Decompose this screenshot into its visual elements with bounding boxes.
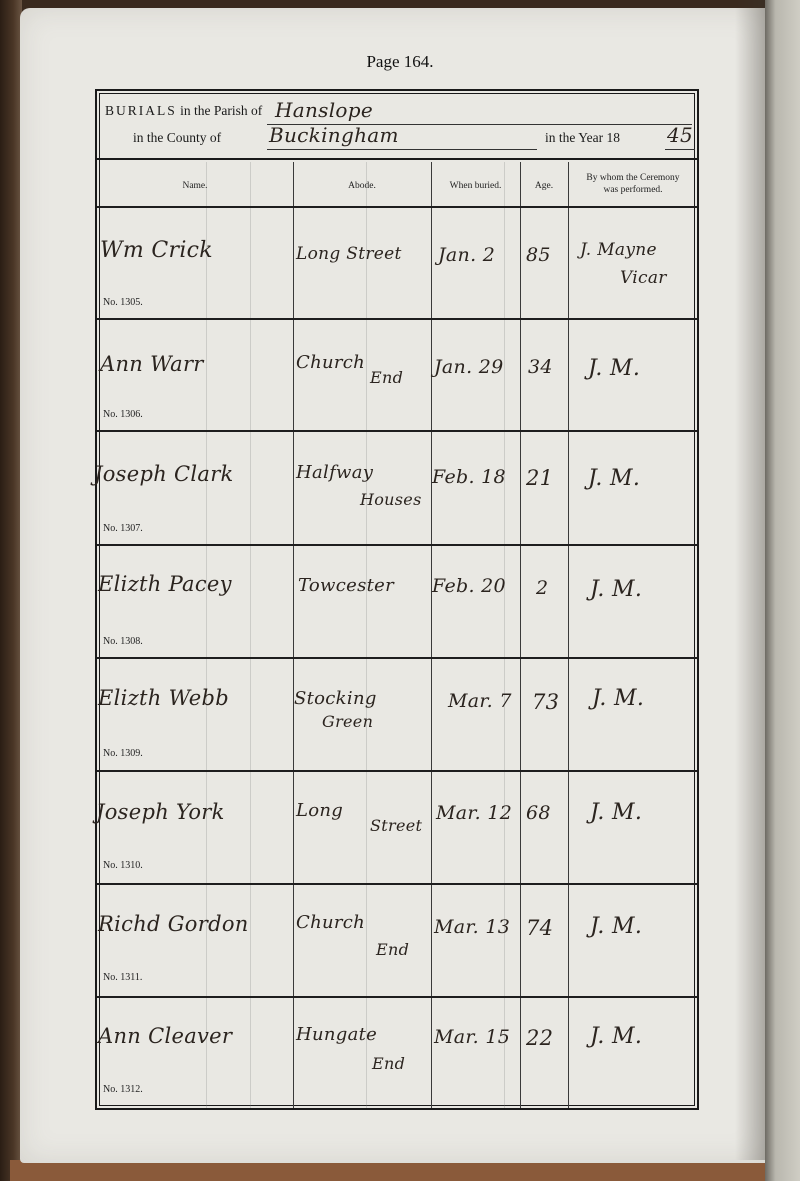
entry-abode: Church <box>296 912 365 933</box>
county-fill-line <box>267 149 537 150</box>
row-divider <box>97 206 697 208</box>
entry-age: 21 <box>526 466 553 490</box>
entry-name: Elizth Pacey <box>98 572 232 596</box>
entry-officiant: J. M. <box>588 356 640 381</box>
entry-abode-line2: Houses <box>360 490 422 509</box>
year-value: 45 <box>667 123 693 147</box>
book-binding <box>0 0 22 1181</box>
ceremony-header-line1: By whom the Ceremony <box>568 172 698 184</box>
county-line: in the County of <box>133 130 221 146</box>
entry-abode: Long <box>296 800 343 821</box>
entry-age: 73 <box>532 690 559 714</box>
column-header-age: Age. <box>520 180 568 192</box>
entry-abode: Church <box>296 352 365 373</box>
entry-number: No. 1307. <box>103 523 143 534</box>
entry-number: No. 1306. <box>103 409 143 420</box>
entry-abode: Halfway <box>296 462 373 483</box>
year-line: in the Year 18 <box>545 130 620 146</box>
entry-officiant: J. M. <box>590 800 642 825</box>
entry-officiant: J. M. <box>590 1024 642 1049</box>
column-divider <box>520 162 521 1108</box>
column-header-ceremony: By whom the Ceremony was performed. <box>568 172 698 196</box>
column-divider <box>568 162 569 1108</box>
entry-abode: Stocking <box>294 688 377 709</box>
column-header-name: Name. <box>97 180 293 192</box>
entry-abode-line2: End <box>376 940 409 959</box>
entry-number: No. 1311. <box>103 972 142 983</box>
county-value: Buckingham <box>269 123 399 147</box>
column-header-when-buried: When buried. <box>431 180 520 192</box>
faint-ruling <box>366 162 367 1108</box>
entry-number: No. 1305. <box>103 297 143 308</box>
entry-name: Richd Gordon <box>98 912 249 936</box>
entry-abode-line2: Street <box>370 816 422 835</box>
column-divider <box>431 162 432 1108</box>
entry-name: Elizth Webb <box>98 686 229 710</box>
row-divider <box>97 883 697 885</box>
faint-ruling <box>206 162 207 1108</box>
entry-when-buried: Jan. 29 <box>434 356 504 378</box>
entry-officiant: J. M. <box>590 577 642 602</box>
entry-officiant: J. M. <box>590 914 642 939</box>
entry-name: Ann Cleaver <box>98 1024 232 1048</box>
entry-abode: Long Street <box>296 244 402 264</box>
entry-age: 74 <box>526 916 553 940</box>
entry-name: Ann Warr <box>100 352 204 376</box>
row-divider <box>97 544 697 546</box>
entry-when-buried: Mar. 7 <box>448 690 512 712</box>
faint-ruling <box>504 162 505 1108</box>
entry-name: Joseph York <box>96 800 225 824</box>
row-divider <box>97 770 697 772</box>
facing-page-edge <box>765 0 800 1181</box>
entry-when-buried: Mar. 13 <box>434 916 510 938</box>
entry-name: Wm Crick <box>100 238 213 263</box>
year-fill-line <box>665 149 695 150</box>
entry-when-buried: Mar. 15 <box>434 1026 510 1048</box>
parish-value: Hanslope <box>275 98 373 122</box>
entry-number: No. 1312. <box>103 1084 143 1095</box>
entry-officiant-title: Vicar <box>620 268 667 288</box>
entry-age: 22 <box>526 1026 553 1050</box>
entry-when-buried: Feb. 18 <box>432 466 506 488</box>
entry-age: 68 <box>526 802 551 824</box>
entry-age: 34 <box>528 356 553 378</box>
column-divider <box>293 162 294 1108</box>
row-divider <box>97 996 697 998</box>
entry-name: Joseph Clark <box>94 462 234 486</box>
entry-officiant: J. Mayne <box>580 240 657 260</box>
faint-ruling <box>250 162 251 1108</box>
county-label: in the County of <box>133 130 221 145</box>
entry-when-buried: Mar. 12 <box>436 802 512 824</box>
row-divider <box>97 430 697 432</box>
entry-when-buried: Feb. 20 <box>432 575 506 597</box>
column-header-abode: Abode. <box>293 180 431 192</box>
entry-age: 2 <box>536 577 548 599</box>
row-divider <box>97 657 697 659</box>
page-edge <box>10 1160 770 1181</box>
register-heading: BURIALS in the Parish of Hanslope in the… <box>97 92 697 160</box>
entry-abode: Hungate <box>296 1024 377 1045</box>
entry-number: No. 1308. <box>103 636 143 647</box>
entry-officiant: J. M. <box>592 686 644 711</box>
ceremony-header-line2: was performed. <box>568 184 698 196</box>
entry-when-buried: Jan. 2 <box>438 244 495 266</box>
entry-number: No. 1310. <box>103 860 143 871</box>
entry-abode: Towcester <box>298 575 394 596</box>
gutter-shadow <box>735 0 767 1160</box>
page-title: Page 164. <box>0 52 800 72</box>
entry-abode-line2: End <box>370 368 403 387</box>
entry-abode-line2: End <box>372 1054 405 1073</box>
parish-label: in the Parish of <box>180 103 262 118</box>
heading-burials: BURIALS <box>105 103 177 118</box>
entry-officiant: J. M. <box>588 466 640 491</box>
parish-line: BURIALS in the Parish of <box>105 103 262 119</box>
entry-age: 85 <box>526 244 551 266</box>
entry-number: No. 1309. <box>103 748 143 759</box>
year-label: in the Year 18 <box>545 130 620 145</box>
row-divider <box>97 318 697 320</box>
entry-abode-line2: Green <box>322 712 373 731</box>
